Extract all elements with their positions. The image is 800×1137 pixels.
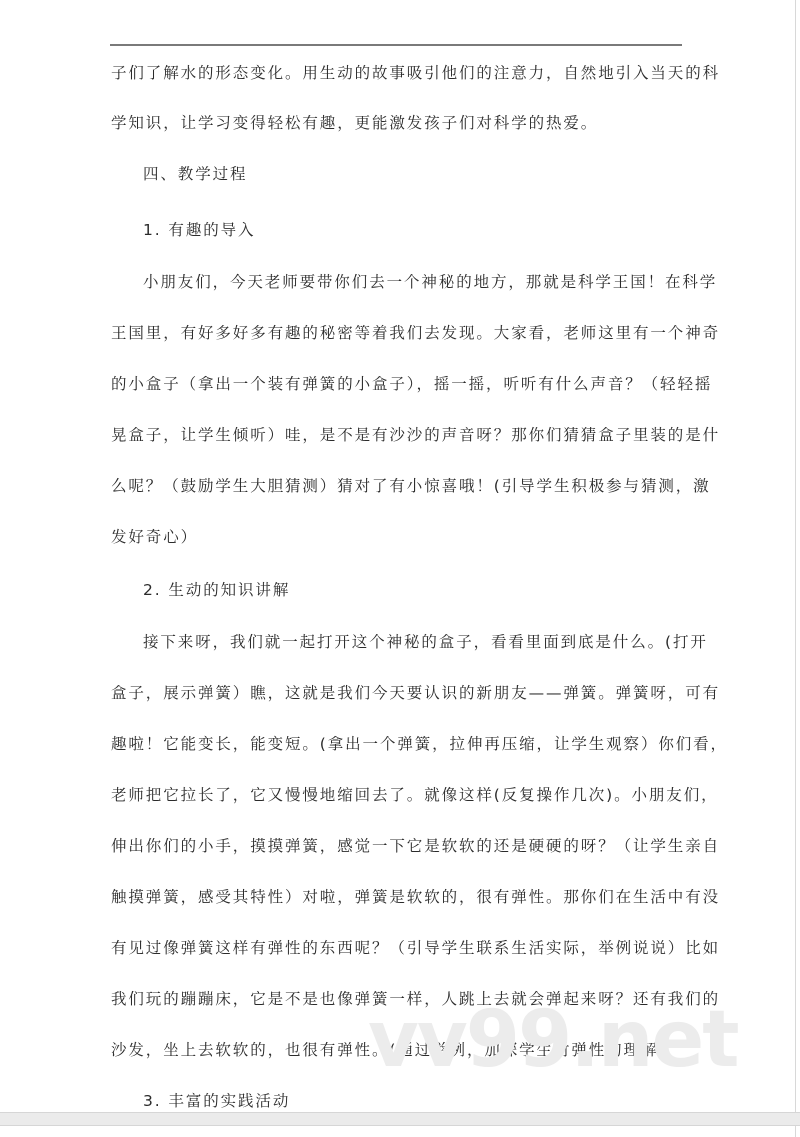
paragraph-line: 触摸弹簧，感受其特性）对啦，弹簧是软软的，很有弹性。那你们在生活中有没 (111, 887, 720, 907)
section-heading: 四、教学过程 (143, 164, 247, 184)
paragraph-line: 发好奇心） (111, 527, 198, 547)
watermark: vv99.net (368, 1000, 738, 1080)
paragraph-line: 有见过像弹簧这样有弹性的东西呢？（引导学生联系生活实际，举例说说）比如 (111, 938, 720, 958)
paragraph-line: 伸出你们的小手，摸摸弹簧，感觉一下它是软软的还是硬硬的呀？（让学生亲自 (111, 836, 720, 856)
paragraph-line: 接下来呀，我们就一起打开这个神秘的盒子，看看里面到底是什么。(打开 (143, 632, 708, 652)
paragraph-line: 盒子，展示弹簧）瞧，这就是我们今天要认识的新朋友——弹簧。弹簧呀，可有 (111, 683, 720, 703)
paragraph-line: 趣啦！它能变长，能变短。(拿出一个弹簧，拉伸再压缩，让学生观察）你们看， (111, 734, 728, 754)
paragraph-line: 么呢？（鼓励学生大胆猜测）猜对了有小惊喜哦！(引导学生积极参与猜测，激 (111, 476, 711, 496)
subsection-heading: 2. 生动的知识讲解 (143, 580, 290, 600)
paragraph-line: 老师把它拉长了，它又慢慢地缩回去了。就像这样(反复操作几次)。小朋友们， (111, 785, 719, 805)
paragraph-line: 的小盒子（拿出一个装有弹簧的小盒子），摇一摇，听听有什么声音？（轻轻摇 (111, 374, 712, 394)
next-page-edge (0, 1126, 796, 1137)
subsection-heading: 1. 有趣的导入 (143, 220, 255, 240)
subsection-heading: 3. 丰富的实践活动 (143, 1091, 290, 1111)
paragraph-line: 子们了解水的形态变化。用生动的故事吸引他们的注意力，自然地引入当天的科 (111, 63, 720, 83)
paragraph-line: 晃盒子，让学生倾听）哇，是不是有沙沙的声音呀？那你们猜猜盒子里装的是什 (111, 425, 720, 445)
header-rule (110, 44, 682, 46)
document-page: 子们了解水的形态变化。用生动的故事吸引他们的注意力，自然地引入当天的科 学知识，… (0, 0, 796, 1112)
paragraph-line: 小朋友们，今天老师要带你们去一个神秘的地方，那就是科学王国！在科学 (143, 272, 717, 292)
paragraph-line: 王国里，有好多好多有趣的秘密等着我们去发现。大家看，老师这里有一个神奇 (111, 323, 720, 343)
page-separator (0, 1112, 800, 1126)
paragraph-line: 学知识，让学习变得轻松有趣，更能激发孩子们对科学的热爱。 (111, 113, 598, 133)
